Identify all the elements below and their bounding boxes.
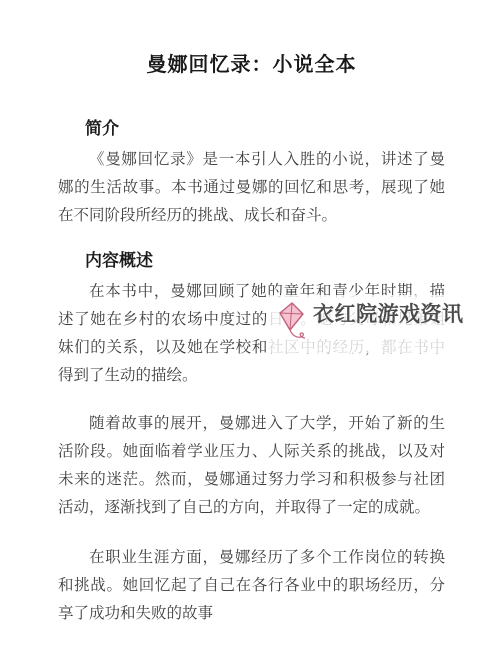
watermark: 衣红院游戏资讯 — [266, 295, 482, 353]
page-title: 曼娜回忆录：小说全本 — [58, 0, 445, 78]
paragraph-intro: 《曼娜回忆录》是一本引人入胜的小说，讲述了曼娜的生活故事。本书通过曼娜的回忆和思… — [58, 146, 445, 230]
watermark-text: 衣红院游戏资讯 — [313, 302, 464, 327]
section-heading-overview: 内容概述 — [85, 250, 445, 272]
document-page: 曼娜回忆录：小说全本 简介 《曼娜回忆录》是一本引人入胜的小说，讲述了曼娜的生活… — [0, 0, 500, 647]
paragraph-overview-3: 在职业生涯方面，曼娜经历了多个工作岗位的转换和挑战。她回忆起了自己在各行各业中的… — [58, 544, 445, 628]
section-heading-intro: 简介 — [85, 118, 445, 140]
kite-icon — [278, 302, 308, 342]
paragraph-overview-2: 随着故事的展开，曼娜进入了大学，开始了新的生活阶段。她面临着学业压力、人际关系的… — [58, 410, 445, 522]
